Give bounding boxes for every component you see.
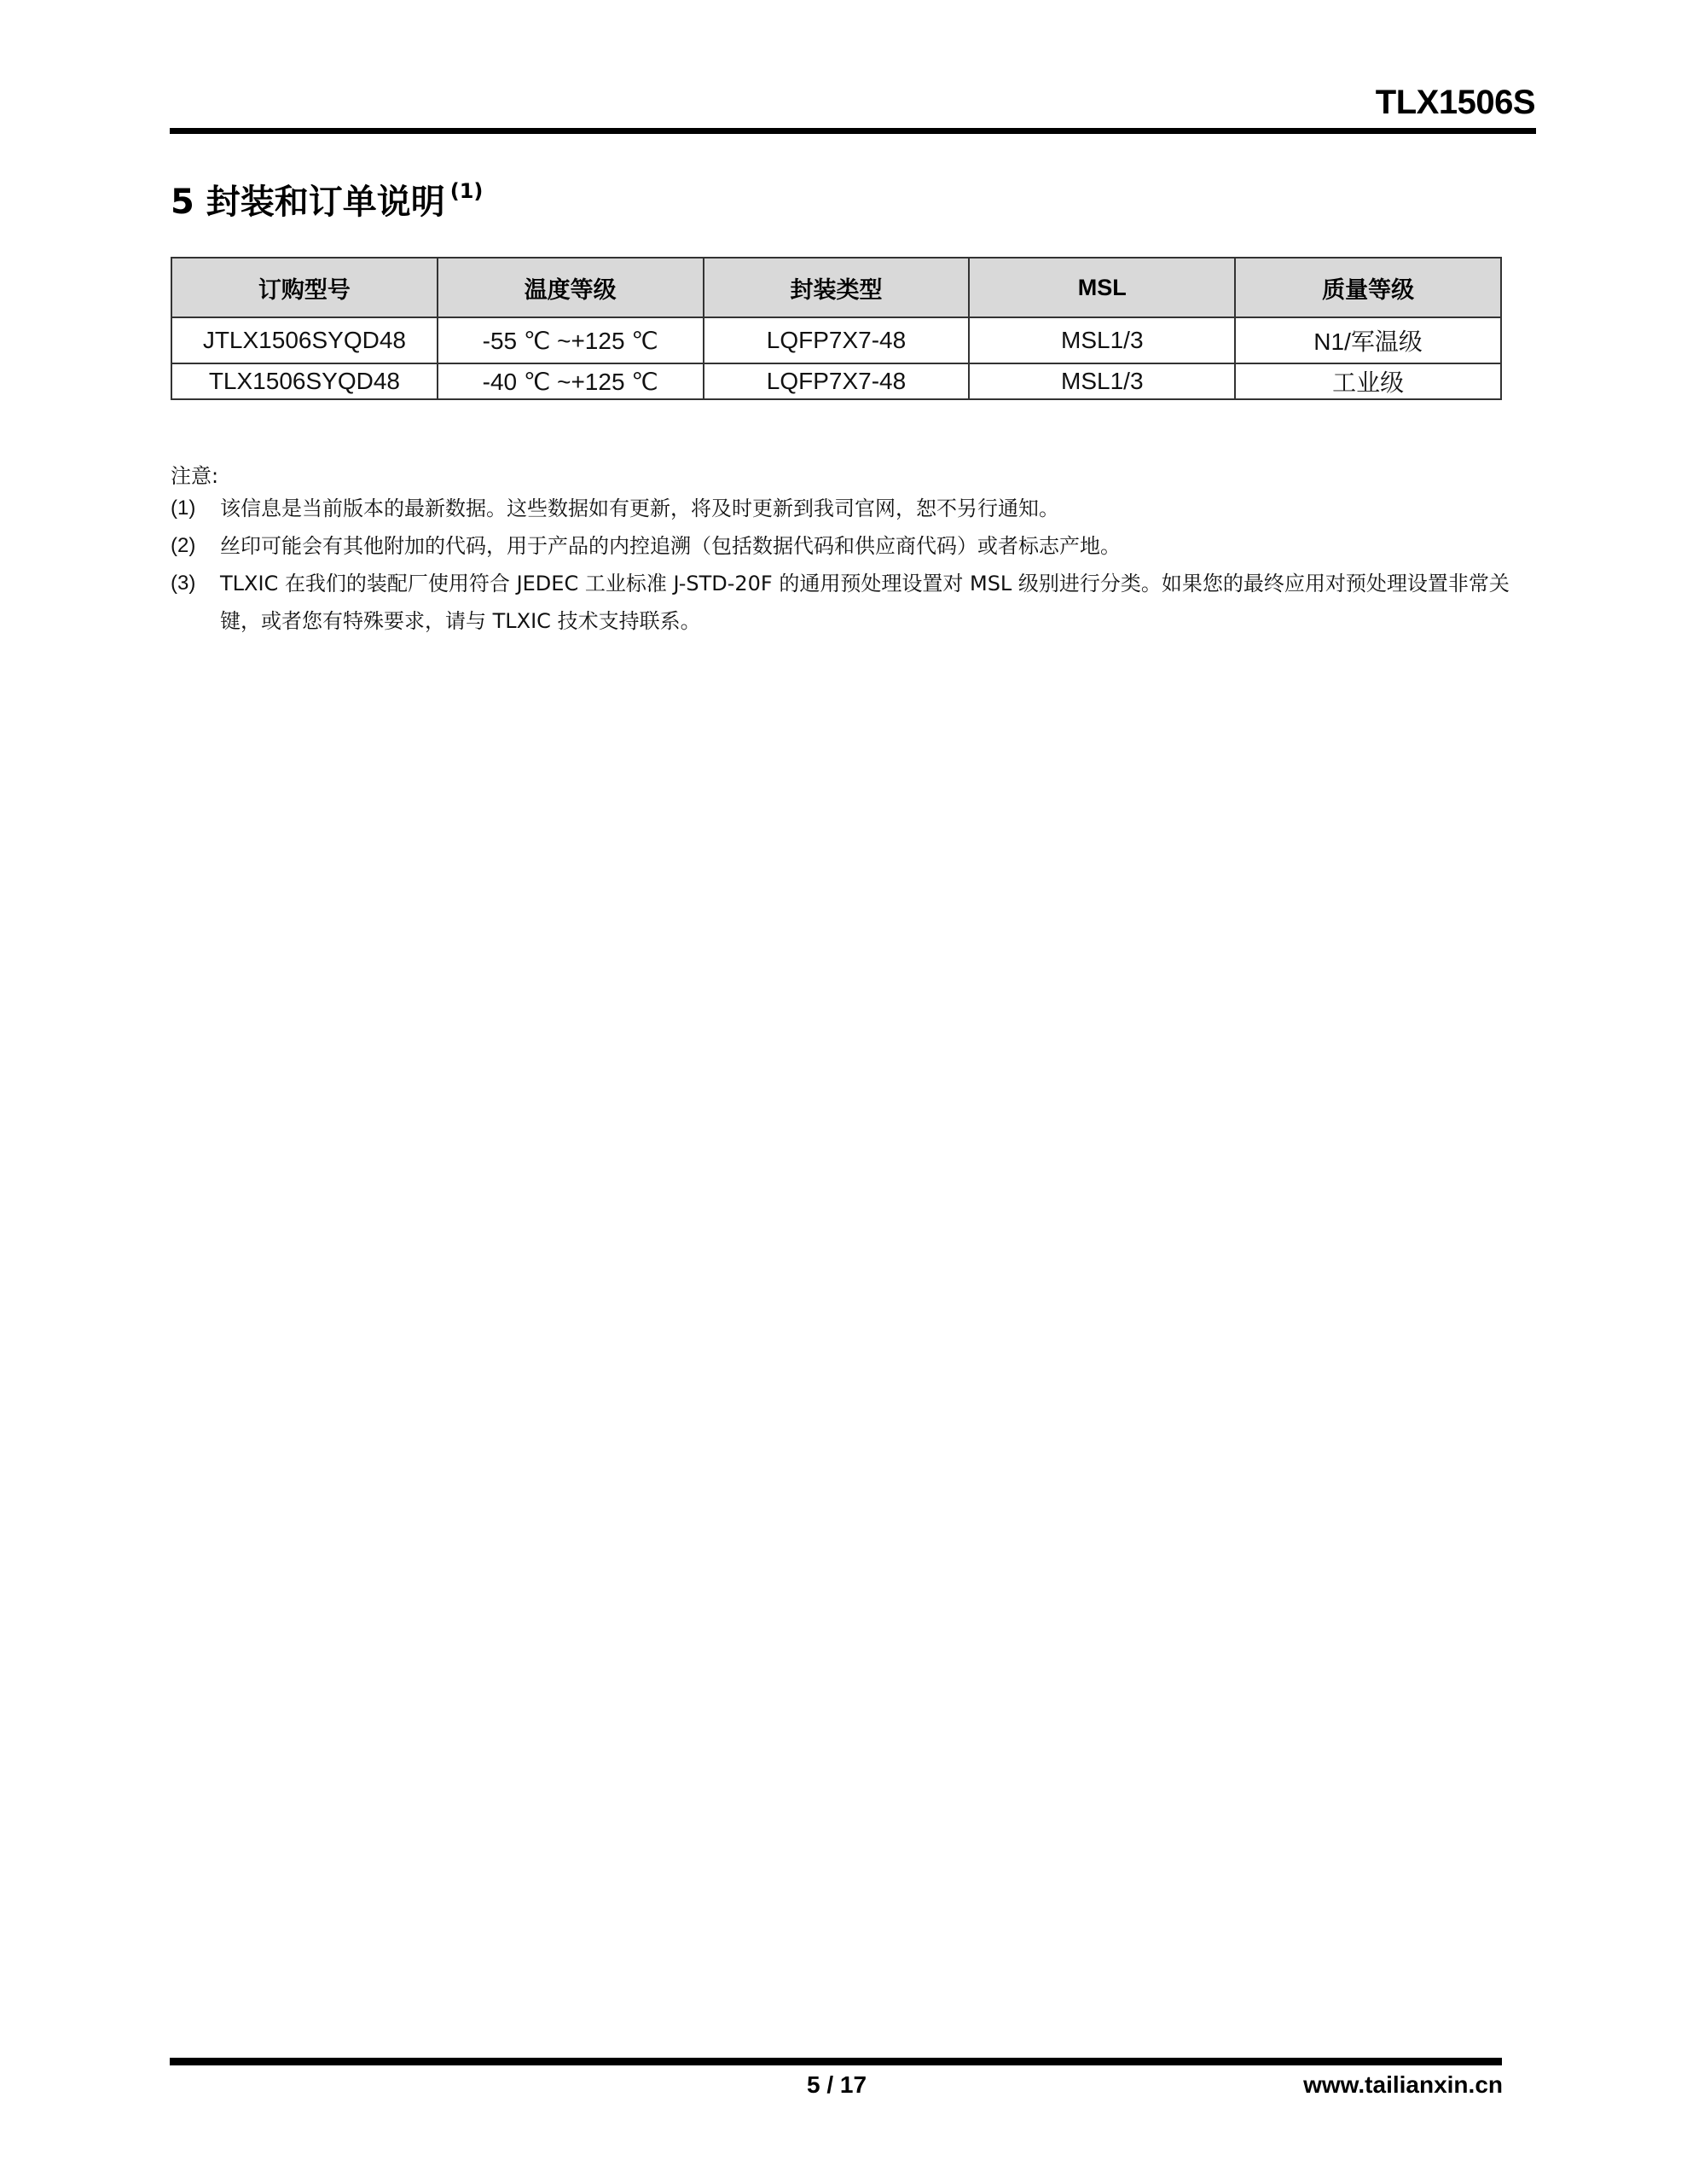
cell-msl: MSL1/3 — [969, 363, 1235, 399]
cell-quality-grade: 工业级 — [1235, 363, 1501, 399]
table-row: JTLX1506SYQD48 -55 ℃ ~+125 ℃ LQFP7X7-48 … — [171, 317, 1501, 363]
cell-temperature: -55 ℃ ~+125 ℃ — [438, 317, 704, 363]
cell-order-number: TLX1506SYQD48 — [171, 363, 438, 399]
table-header-row: 订购型号 温度等级 封装类型 MSL 质量等级 — [171, 258, 1501, 317]
note-text: 丝印可能会有其他附加的代码，用于产品的内控追溯（包括数据代码和供应商代码）或者标… — [220, 527, 1510, 565]
note-item: (1) 该信息是当前版本的最新数据。这些数据如有更新，将及时更新到我司官网，恕不… — [171, 490, 1510, 527]
note-text: 该信息是当前版本的最新数据。这些数据如有更新，将及时更新到我司官网，恕不另行通知… — [220, 490, 1510, 527]
document-title: TLX1506S — [1376, 84, 1535, 122]
column-header-msl: MSL — [969, 258, 1235, 317]
note-text: TLXIC 在我们的装配厂使用符合 JEDEC 工业标准 J-STD-20F 的… — [220, 565, 1510, 640]
column-header-temperature: 温度等级 — [438, 258, 704, 317]
note-number: (3) — [171, 565, 195, 602]
cell-order-number: JTLX1506SYQD48 — [171, 317, 438, 363]
cell-temperature: -40 ℃ ~+125 ℃ — [438, 363, 704, 399]
cell-package: LQFP7X7-48 — [704, 363, 970, 399]
footnote-reference: (1) — [450, 179, 484, 203]
cell-quality-grade: N1/军温级 — [1235, 317, 1501, 363]
note-number: (1) — [171, 490, 195, 527]
note-number: (2) — [171, 527, 195, 565]
column-header-package: 封装类型 — [704, 258, 970, 317]
ordering-table: 订购型号 温度等级 封装类型 MSL 质量等级 JTLX1506SYQD48 -… — [171, 257, 1502, 400]
footer-divider — [170, 2058, 1502, 2065]
column-header-quality-grade: 质量等级 — [1235, 258, 1501, 317]
website-link[interactable]: www.tailianxin.cn — [1303, 2071, 1503, 2099]
note-item: (3) TLXIC 在我们的装配厂使用符合 JEDEC 工业标准 J-STD-2… — [171, 565, 1510, 640]
cell-package: LQFP7X7-48 — [704, 317, 970, 363]
section-heading: 5 封装和订单说明(1) — [171, 175, 483, 224]
page-number: 5 / 17 — [807, 2071, 867, 2099]
cell-msl: MSL1/3 — [969, 317, 1235, 363]
header-divider — [170, 128, 1536, 134]
section-heading-text: 5 封装和订单说明 — [171, 183, 445, 222]
note-item: (2) 丝印可能会有其他附加的代码，用于产品的内控追溯（包括数据代码和供应商代码… — [171, 527, 1510, 565]
table-row: TLX1506SYQD48 -40 ℃ ~+125 ℃ LQFP7X7-48 M… — [171, 363, 1501, 399]
column-header-order-number: 订购型号 — [171, 258, 438, 317]
notes-label: 注意: — [171, 459, 218, 489]
